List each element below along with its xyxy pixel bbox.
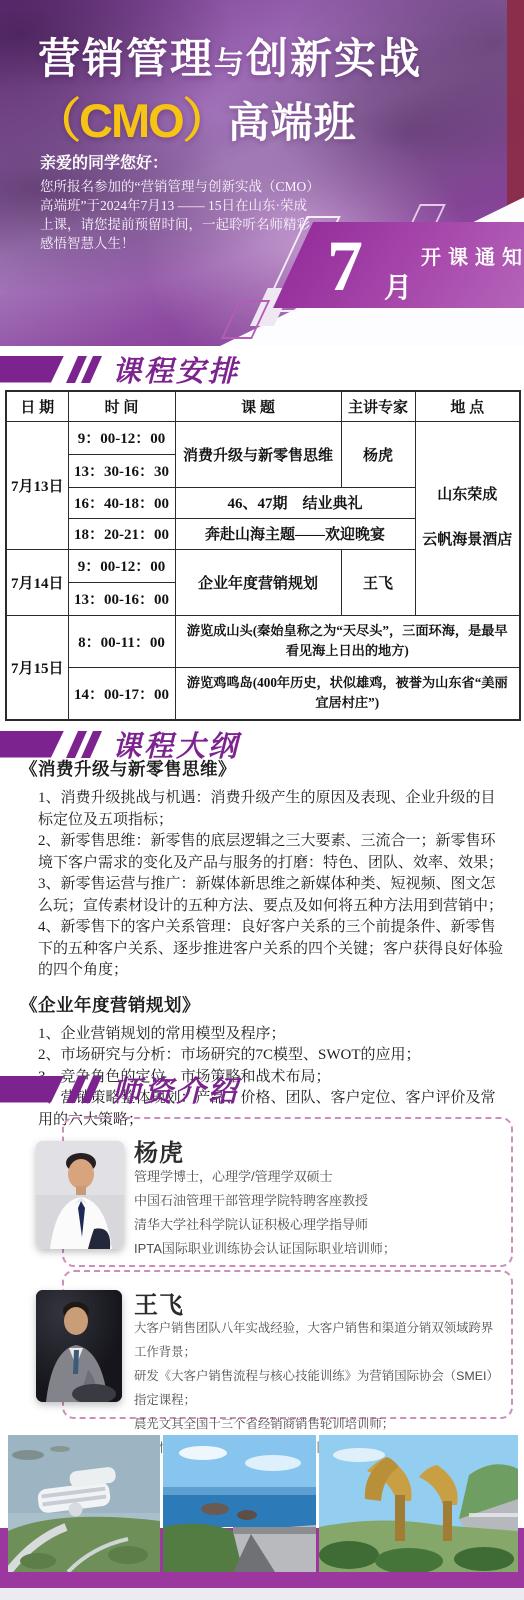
- col-header-topic: 课 题: [175, 391, 341, 421]
- intro-line-3: 上课，请您提前预留时间，一起聆听名师精彩，: [40, 215, 324, 234]
- cell-date-day1: 7月13日: [6, 421, 68, 549]
- cell-date-day2: 7月14日: [6, 549, 68, 615]
- rocky-coastline-photo: [163, 1435, 316, 1572]
- cell-topic: 企业年度营销规划: [175, 549, 341, 615]
- cell-topic: 游览成山头(秦始皇称之为“天尽头”，三面环海，是最早看见海上日出的地方): [175, 615, 520, 667]
- header-banner: 营销管理与创新实战 （CMO）高端班 亲爱的同学您好： 您所报名参加的“营销管理…: [0, 0, 524, 346]
- location-line2: 云帆海景酒店: [419, 531, 517, 551]
- cell-time: 9：00-12：00: [68, 421, 175, 454]
- teacher-name: 王飞: [134, 1285, 184, 1320]
- cell-time: 8：00-11：00: [68, 615, 175, 667]
- portrait-dark-studio: [36, 1290, 122, 1402]
- portrait-light-studio: [36, 1141, 124, 1249]
- footer-photo-strip: [8, 1435, 518, 1572]
- outline-item: 3、新零售运营与推广：新媒体新思维之新媒体种类、短视频、图文怎么玩；宣传素材设计…: [38, 874, 508, 917]
- col-header-speaker: 主讲专家: [341, 391, 415, 421]
- col-header-date: 日 期: [6, 391, 68, 421]
- section-bar-icon: [0, 356, 64, 383]
- col-header-location: 地 点: [415, 391, 520, 421]
- course1-title: 《消费升级与新零售思维》: [20, 756, 508, 781]
- badge-month-unit: 月: [384, 266, 412, 306]
- table-row: 14：00-17：00 游览鸡鸣岛(400年历史，状似雄鸡，被誉为山东省“美丽宜…: [6, 667, 520, 720]
- badge-notice-label: 开课通知: [421, 241, 524, 270]
- cell-time: 13：00-16：00: [68, 582, 175, 615]
- bio-line: IPTA国际职业训练协会认证国际职业培训师；: [134, 1237, 501, 1261]
- location-line1: 山东荣成: [419, 486, 517, 506]
- bio-line: 晨光文具全国十三个省经销商销售轮训培训师；: [134, 1412, 501, 1436]
- course-notice-poster: 营销管理与创新实战 （CMO）高端班 亲爱的同学您好： 您所报名参加的“营销管理…: [0, 0, 524, 1600]
- golden-tree-sculptures-photo: [319, 1435, 518, 1572]
- cell-time: 18：20-21：00: [68, 518, 175, 549]
- teacher-photo-yanghu: [36, 1141, 124, 1249]
- outline-item: 4、新零售下的客户关系管理：良好客户关系的三个前提条件、新零售下的五种客户关系、…: [38, 917, 508, 982]
- section-title-schedule: 课程安排: [112, 349, 240, 390]
- teacher-photo-wangfei: [36, 1290, 122, 1402]
- bio-line: 研发《大客户销售流程与核心技能训练》为营销国际协会（SMEI）指定课程；: [134, 1364, 501, 1412]
- intro-paragraph: 您所报名参加的“营销管理与创新实战（CMO） 高端班”于2024年7月13 ——…: [40, 177, 324, 253]
- cell-speaker: 杨虎: [341, 421, 415, 487]
- cell-time: 14：00-17：00: [68, 667, 175, 720]
- poster-title-line1: 营销管理与创新实战: [38, 26, 422, 86]
- hotel-aerial-scene: [8, 1435, 160, 1572]
- bio-line: 管理学博士，心理学/管理学双硕士: [134, 1165, 501, 1189]
- cell-time: 13：30-16：30: [68, 454, 175, 487]
- section-bar-icon: [0, 1076, 64, 1103]
- footer-bottom-strip: [0, 1588, 524, 1600]
- coastline-scene: [163, 1435, 316, 1572]
- golden-trees-scene: [319, 1435, 518, 1572]
- cell-location: 山东荣成 云帆海景酒店: [415, 421, 520, 615]
- cell-time: 16：40-18：00: [68, 487, 175, 518]
- title-cmo: （CMO）: [34, 94, 228, 147]
- cell-speaker: 王飞: [341, 549, 415, 615]
- section-bar-icon: [0, 731, 64, 758]
- course2-title: 《企业年度营销规划》: [20, 992, 508, 1017]
- teacher-card-yanghu: 杨虎 管理学博士，心理学/管理学双硕士 中国石油管理干部管理学院特聘客座教授 清…: [62, 1117, 513, 1267]
- poster-title-line2: （CMO）高端班: [34, 84, 357, 151]
- cell-topic: 游览鸡鸣岛(400年历史，状似雄鸡，被誉为山东省“美丽宜居村庄”): [175, 667, 520, 720]
- outline-item: 2、市场研究与分析：市场研究的7C模型、SWOT的应用；: [38, 1045, 508, 1067]
- table-row: 7月13日 9：00-12：00 消费升级与新零售思维 杨虎 山东荣成 云帆海景…: [6, 421, 520, 454]
- greeting-text: 亲爱的同学您好：: [40, 150, 168, 173]
- section-header-faculty: 师资介绍: [0, 1072, 240, 1106]
- outline-item: 1、企业营销规划的常用模型及程序；: [38, 1024, 508, 1046]
- section-header-schedule: 课程安排: [0, 352, 240, 386]
- table-row: 7月15日 8：00-11：00 游览成山头(秦始皇称之为“天尽头”，三面环海，…: [6, 615, 520, 667]
- outline-item: 2、新零售思维：新零售的底层逻辑之三大要素、三流合一；新零售环境下客户需求的变化…: [38, 831, 508, 874]
- outline-item: 1、消费升级挑战与机遇：消费升级产生的原因及表现、企业升级的目标定位及五项指标；: [38, 788, 508, 831]
- bio-line: 中国石油管理干部管理学院特聘客座教授: [134, 1189, 501, 1213]
- course1-items: 1、消费升级挑战与机遇：消费升级产生的原因及表现、企业升级的目标定位及五项指标；…: [20, 788, 508, 982]
- seaside-hotel-aerial-photo: [8, 1435, 160, 1572]
- bio-line: 清华大学社科学院认证积极心理学指导师: [134, 1213, 501, 1237]
- intro-line-2: 高端班”于2024年7月13 —— 15日在山东·荣成: [40, 196, 324, 215]
- cell-topic: 46、47期 结业典礼: [175, 487, 415, 518]
- bio-line: 大客户销售团队八年实战经验，大客户销售和渠道分销双领域跨界工作背景；: [134, 1316, 501, 1364]
- badge-month-number: 7: [327, 226, 363, 306]
- title-seg5: 高端班: [228, 99, 357, 146]
- title-seg3: 创新实战: [246, 35, 422, 82]
- intro-line-4: 感悟智慧人生！: [40, 234, 324, 253]
- col-header-time: 时 间: [68, 391, 175, 421]
- cell-topic: 奔赴山海主题——欢迎晚宴: [175, 518, 415, 549]
- teacher-bio: 管理学博士，心理学/管理学双硕士 中国石油管理干部管理学院特聘客座教授 清华大学…: [134, 1165, 501, 1261]
- title-seg2: 与: [214, 47, 246, 80]
- schedule-table: 日 期 时 间 课 题 主讲专家 地 点 7月13日 9：00-12：00 消费…: [5, 390, 521, 721]
- cell-topic: 消费升级与新零售思维: [175, 421, 341, 487]
- table-header-row: 日 期 时 间 课 题 主讲专家 地 点: [6, 391, 520, 421]
- section-title-faculty: 师资介绍: [112, 1069, 240, 1110]
- intro-line-1: 您所报名参加的“营销管理与创新实战（CMO）: [40, 177, 324, 196]
- title-seg1: 营销管理: [38, 35, 214, 82]
- teacher-name: 杨虎: [134, 1133, 184, 1168]
- maroon-edge-strip: [507, 0, 524, 212]
- cell-time: 9：00-12：00: [68, 549, 175, 582]
- cell-date-day3: 7月15日: [6, 615, 68, 720]
- teacher-card-wangfei: 王飞 大客户销售团队八年实战经验，大客户销售和渠道分销双领域跨界工作背景； 研发…: [62, 1270, 513, 1419]
